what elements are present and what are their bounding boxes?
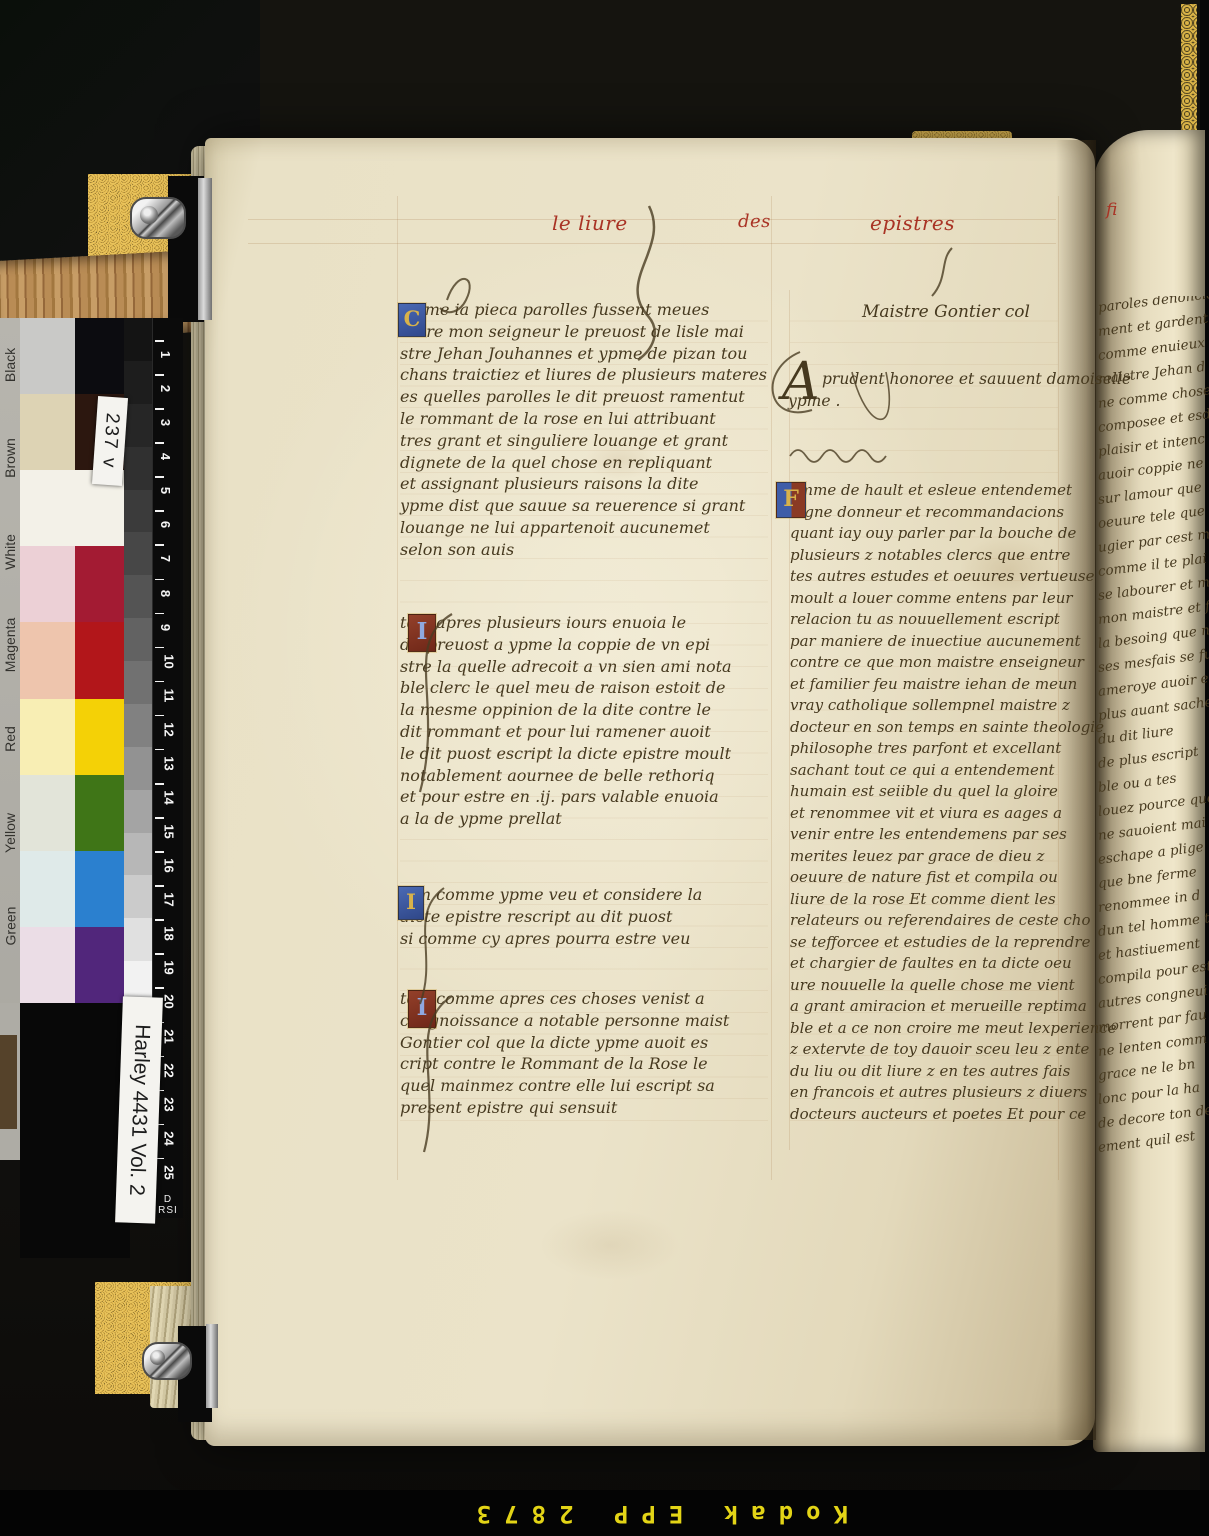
ruler-mark: 2 <box>153 374 183 408</box>
ruler-mark: 6 <box>153 510 183 544</box>
color-chart-label: Green <box>0 879 20 973</box>
text-line: dicte epistre rescript au dit puost <box>400 906 770 928</box>
gray-step <box>124 875 152 918</box>
text-line: notablement aournee de belle rethoriq <box>400 765 770 787</box>
color-patch-solid <box>75 318 130 394</box>
text-line: sachant tout ce qui a entendement <box>790 760 1080 782</box>
ruler-tick <box>155 715 164 717</box>
ruler-footer-label: D RSI <box>153 1194 183 1216</box>
text-line: tem comme ypme veu et considere la <box>400 884 770 906</box>
gray-step <box>124 447 152 490</box>
film-brand-marking: Kodak EPP 2873 <box>378 1494 848 1528</box>
ruler-mark: 15 <box>153 817 183 851</box>
metal-clip-top <box>130 197 186 239</box>
color-chart-row <box>20 699 130 775</box>
color-patch-solid <box>75 546 130 622</box>
illuminated-initial: C <box>398 303 426 337</box>
text-line: oeuure de nature fist et compila ou <box>790 867 1080 889</box>
folio-number-sticker: 237 v <box>92 396 128 486</box>
color-patch-tint <box>20 546 75 622</box>
swash-initial: A <box>782 352 820 412</box>
gray-step <box>124 747 152 790</box>
text-line: relacion tu as nouuellement escript <box>790 609 1080 631</box>
text-line: relateurs ou referendaires de ceste cho <box>790 910 1080 932</box>
color-chart-label: Brown <box>0 412 20 506</box>
ruling-line <box>771 196 772 1180</box>
text-line: liure de la rose Et comme dient les <box>790 889 1080 911</box>
ruler-mark: 19 <box>153 953 183 987</box>
gray-step <box>124 833 152 876</box>
gray-step <box>124 704 152 747</box>
text-line: philosophe tres parfont et excellant <box>790 738 1080 760</box>
ruler-tick <box>155 476 164 478</box>
ruler-tick <box>155 374 164 376</box>
text-line: ble et a ce non croire me meut lexperien… <box>790 1018 1080 1040</box>
text-line: humain est seiible du quel la gloire <box>790 781 1080 803</box>
ruler-mark: 3 <box>153 408 183 442</box>
text-line: ble clerc le quel meu de raison estoit d… <box>400 677 770 699</box>
text-line: dignete de la quel chose en repliquant <box>400 452 770 474</box>
gray-step <box>124 490 152 533</box>
text-line: tes autres estudes et oeuures vertueuse <box>790 566 1080 588</box>
ruler-mark: 8 <box>153 579 183 613</box>
color-chart-row <box>20 851 130 927</box>
gray-step <box>124 790 152 833</box>
ruler-mark: 25 <box>153 1158 183 1192</box>
ruler-mark: 5 <box>153 476 183 510</box>
text-line: moult a louer comme entens par leur <box>790 588 1080 610</box>
ruler-mark: 17 <box>153 885 183 919</box>
ruler-tick <box>155 987 164 989</box>
color-patch-solid <box>75 775 130 851</box>
ruler-tick <box>155 544 164 546</box>
gray-step <box>124 404 152 447</box>
salutation-line: ypme . <box>788 392 1088 410</box>
text-line: docteur en son temps en sainte theologie <box>790 717 1080 739</box>
ruler-mark: 1 <box>153 340 183 374</box>
illuminated-initial: I <box>398 886 424 920</box>
ruler-tick <box>155 579 164 581</box>
color-chart-label: Magenta <box>0 599 20 693</box>
text-line: et assignant plusieurs raisons la dite <box>400 473 770 495</box>
color-chart-row <box>20 927 130 1003</box>
ruler-mark: 12 <box>153 715 183 749</box>
text-line: a la de ypme prellat <box>400 808 770 830</box>
color-chart-label: White <box>0 505 20 599</box>
text-line: cript contre le Rommant de la Rose le <box>400 1053 770 1075</box>
ruler-tick <box>155 408 164 410</box>
text-line: la mesme oppinion de la dite contre le <box>400 699 770 721</box>
text-line: par maniere de inuectiue aucunement <box>790 631 1080 653</box>
text-line: quel mainmez contre elle lui escript sa <box>400 1075 770 1097</box>
running-header-left: le liure <box>552 211 628 235</box>
color-patch-solid <box>75 699 130 775</box>
color-patch-solid <box>75 851 130 927</box>
text-line: tem apres plusieurs iours enuoia le <box>400 612 770 634</box>
text-line: le rommant de la rose en lui attribuant <box>400 408 770 430</box>
text-line: a grant amiracion et merueille reptima <box>790 996 1080 1018</box>
ruler-tick <box>155 817 164 819</box>
gray-step <box>124 318 152 361</box>
grayscale-step-wedge <box>124 318 152 1004</box>
running-header-right: epistres <box>870 211 955 235</box>
text-line: le dit puost escript la dicte epistre mo… <box>400 743 770 765</box>
text-line: plusieurs z notables clercs que entre <box>790 545 1080 567</box>
text-line: vray catholique sollempnel maistre z <box>790 695 1080 717</box>
clip-bar-top <box>198 178 212 320</box>
text-line: present epistre qui sensuit <box>400 1097 770 1119</box>
ruler-mark: 14 <box>153 783 183 817</box>
color-patch-tint <box>20 927 75 1003</box>
text-line: et renommee vit et viura es aages a <box>790 803 1080 825</box>
text-line: selon son auis <box>400 539 770 561</box>
text-line: venir entre les entendemens par ses <box>790 824 1080 846</box>
text-line: louange ne lui appartenoit aucunemet <box>400 517 770 539</box>
text-line: dit rommant et pour lui ramener auoit <box>400 721 770 743</box>
paragraph-3: I tem comme ypme veu et considere ladict… <box>400 884 770 949</box>
text-line: si comme cy apres pourra estre veu <box>400 928 770 950</box>
text-line: quant iay ouy parler par la bouche de <box>790 523 1080 545</box>
gray-step <box>124 618 152 661</box>
text-line: dit preuost a ypme la coppie de vn epi <box>400 634 770 656</box>
letter-salutation: A prudent honoree et sauuent damoiselle … <box>788 370 1088 410</box>
clip-bar-bottom <box>206 1324 218 1408</box>
letter-body: F emme de hault et esleue entendemetdign… <box>790 480 1080 1125</box>
color-patch-tint <box>20 622 75 698</box>
clip-hole-bottom <box>150 1350 165 1365</box>
ruler-tick <box>155 647 164 649</box>
ruler-tick <box>155 885 164 887</box>
ruler-tick <box>155 613 164 615</box>
facing-page-text-fragments: paroles denonciament et gardent lcomme e… <box>1098 296 1209 1176</box>
color-chart-label: Black <box>0 318 20 412</box>
running-header-center: des <box>738 211 771 232</box>
color-chart-label: Yellow <box>0 786 20 880</box>
ruler-tick <box>155 510 164 512</box>
text-line: digne donneur et recommandacions <box>790 502 1080 524</box>
text-line: emme de hault et esleue entendemet <box>790 480 1080 502</box>
text-line: se tefforcee et estudies de la reprendre <box>790 932 1080 954</box>
text-line: stre Jehan Jouhannes et ypme de pizan to… <box>400 343 770 365</box>
ruler-mark: 7 <box>153 544 183 578</box>
text-line: z extervte de toy dauoir sceu leu z ente <box>790 1039 1080 1061</box>
gray-step <box>124 361 152 404</box>
color-patch-solid <box>75 622 130 698</box>
gray-step <box>124 532 152 575</box>
illuminated-initial: I <box>408 990 436 1028</box>
color-chart-black-panel <box>20 1003 130 1258</box>
text-line: en francois et autres plusieurs z diuers <box>790 1082 1080 1104</box>
text-line: merites leuez par grace de dieu z <box>790 846 1080 868</box>
ruler-tick <box>155 681 164 683</box>
ruler-mark: 18 <box>153 919 183 953</box>
color-patch-tint <box>20 394 75 470</box>
color-patch-tint <box>20 851 75 927</box>
color-patch-tint <box>20 699 75 775</box>
clip-hole-top <box>140 206 158 224</box>
color-patch-solid <box>75 927 130 1003</box>
text-line: congnoissance a notable personne maist <box>400 1010 770 1032</box>
ruler-mark: 13 <box>153 749 183 783</box>
text-line: entre mon seigneur le preuost de lisle m… <box>400 321 770 343</box>
text-line: et familier feu maistre iehan de meun <box>790 674 1080 696</box>
ruler-mark: 10 <box>153 647 183 681</box>
text-line: ure nouuelle la quelle chose me vient <box>790 975 1080 997</box>
text-line: tres grant et singuliere louange et gran… <box>400 430 770 452</box>
brown-patch <box>0 1035 17 1129</box>
letter-heading: Maistre Gontier col <box>862 302 1030 322</box>
color-chart-row <box>20 318 130 394</box>
ruler-tick <box>155 749 164 751</box>
color-chart-label: Red <box>0 692 20 786</box>
text-line: chans traictiez et liures de plusieurs m… <box>400 364 770 386</box>
gray-step <box>124 918 152 961</box>
gray-step <box>124 661 152 704</box>
text-line: docteurs aucteurs et poetes Et pour ce <box>790 1104 1080 1126</box>
illuminated-initial: I <box>408 614 436 652</box>
text-line: contre ce que mon maistre enseigneur <box>790 652 1080 674</box>
color-patch-tint <box>20 775 75 851</box>
text-line: stre la quelle adrecoit a vn sien ami no… <box>400 656 770 678</box>
text-line: es quelles parolles le dit preuost ramen… <box>400 386 770 408</box>
paragraph-4: I tem comme apres ces choses venist acon… <box>400 988 770 1119</box>
facing-page-header: fi <box>1106 200 1117 220</box>
ruler-tick <box>155 442 164 444</box>
ruler-tick <box>155 340 164 342</box>
color-patch-tint <box>20 470 75 546</box>
ruler-mark: 11 <box>153 681 183 715</box>
text-line: tem comme apres ces choses venist a <box>400 988 770 1010</box>
text-line: du liu ou dit liure z en tes autres fais <box>790 1061 1080 1083</box>
shelfmark-sticker: Harley 4431 Vol. 2 <box>115 996 163 1223</box>
salutation-line: prudent honoree et sauuent damoiselle <box>788 370 1088 388</box>
text-line: omme ia pieca parolles fussent meues <box>400 299 770 321</box>
paragraph-1: C omme ia pieca parolles fussent meuesen… <box>400 299 770 561</box>
color-chart-row <box>20 546 130 622</box>
ruler-tick <box>155 919 164 921</box>
metal-clip-bottom <box>142 1342 192 1380</box>
ruler-mark: 9 <box>153 613 183 647</box>
parchment-stain <box>540 1210 680 1280</box>
paragraph-2: I tem apres plusieurs iours enuoia ledit… <box>400 612 770 830</box>
color-chart-row <box>20 622 130 698</box>
gray-step <box>124 575 152 618</box>
text-line: ypme dist que sauue sa reuerence si gran… <box>400 495 770 517</box>
illuminated-initial: F <box>776 482 806 518</box>
ruler-tick <box>155 953 164 955</box>
ruler-mark: 16 <box>153 851 183 885</box>
text-line: et chargier de faultes en ta dicte oeu <box>790 953 1080 975</box>
ruling-line <box>248 243 1056 244</box>
ruler-tick <box>155 783 164 785</box>
text-line: Gontier col que la dicte ypme auoit es <box>400 1032 770 1054</box>
page-fore-edge <box>191 146 206 1440</box>
color-chart-row <box>20 775 130 851</box>
ruling-line <box>397 196 398 1180</box>
ruler-mark: 4 <box>153 442 183 476</box>
color-patch-tint <box>20 318 75 394</box>
text-line: et pour estre en .ij. pars valable enuoi… <box>400 786 770 808</box>
ruler-tick <box>155 851 164 853</box>
